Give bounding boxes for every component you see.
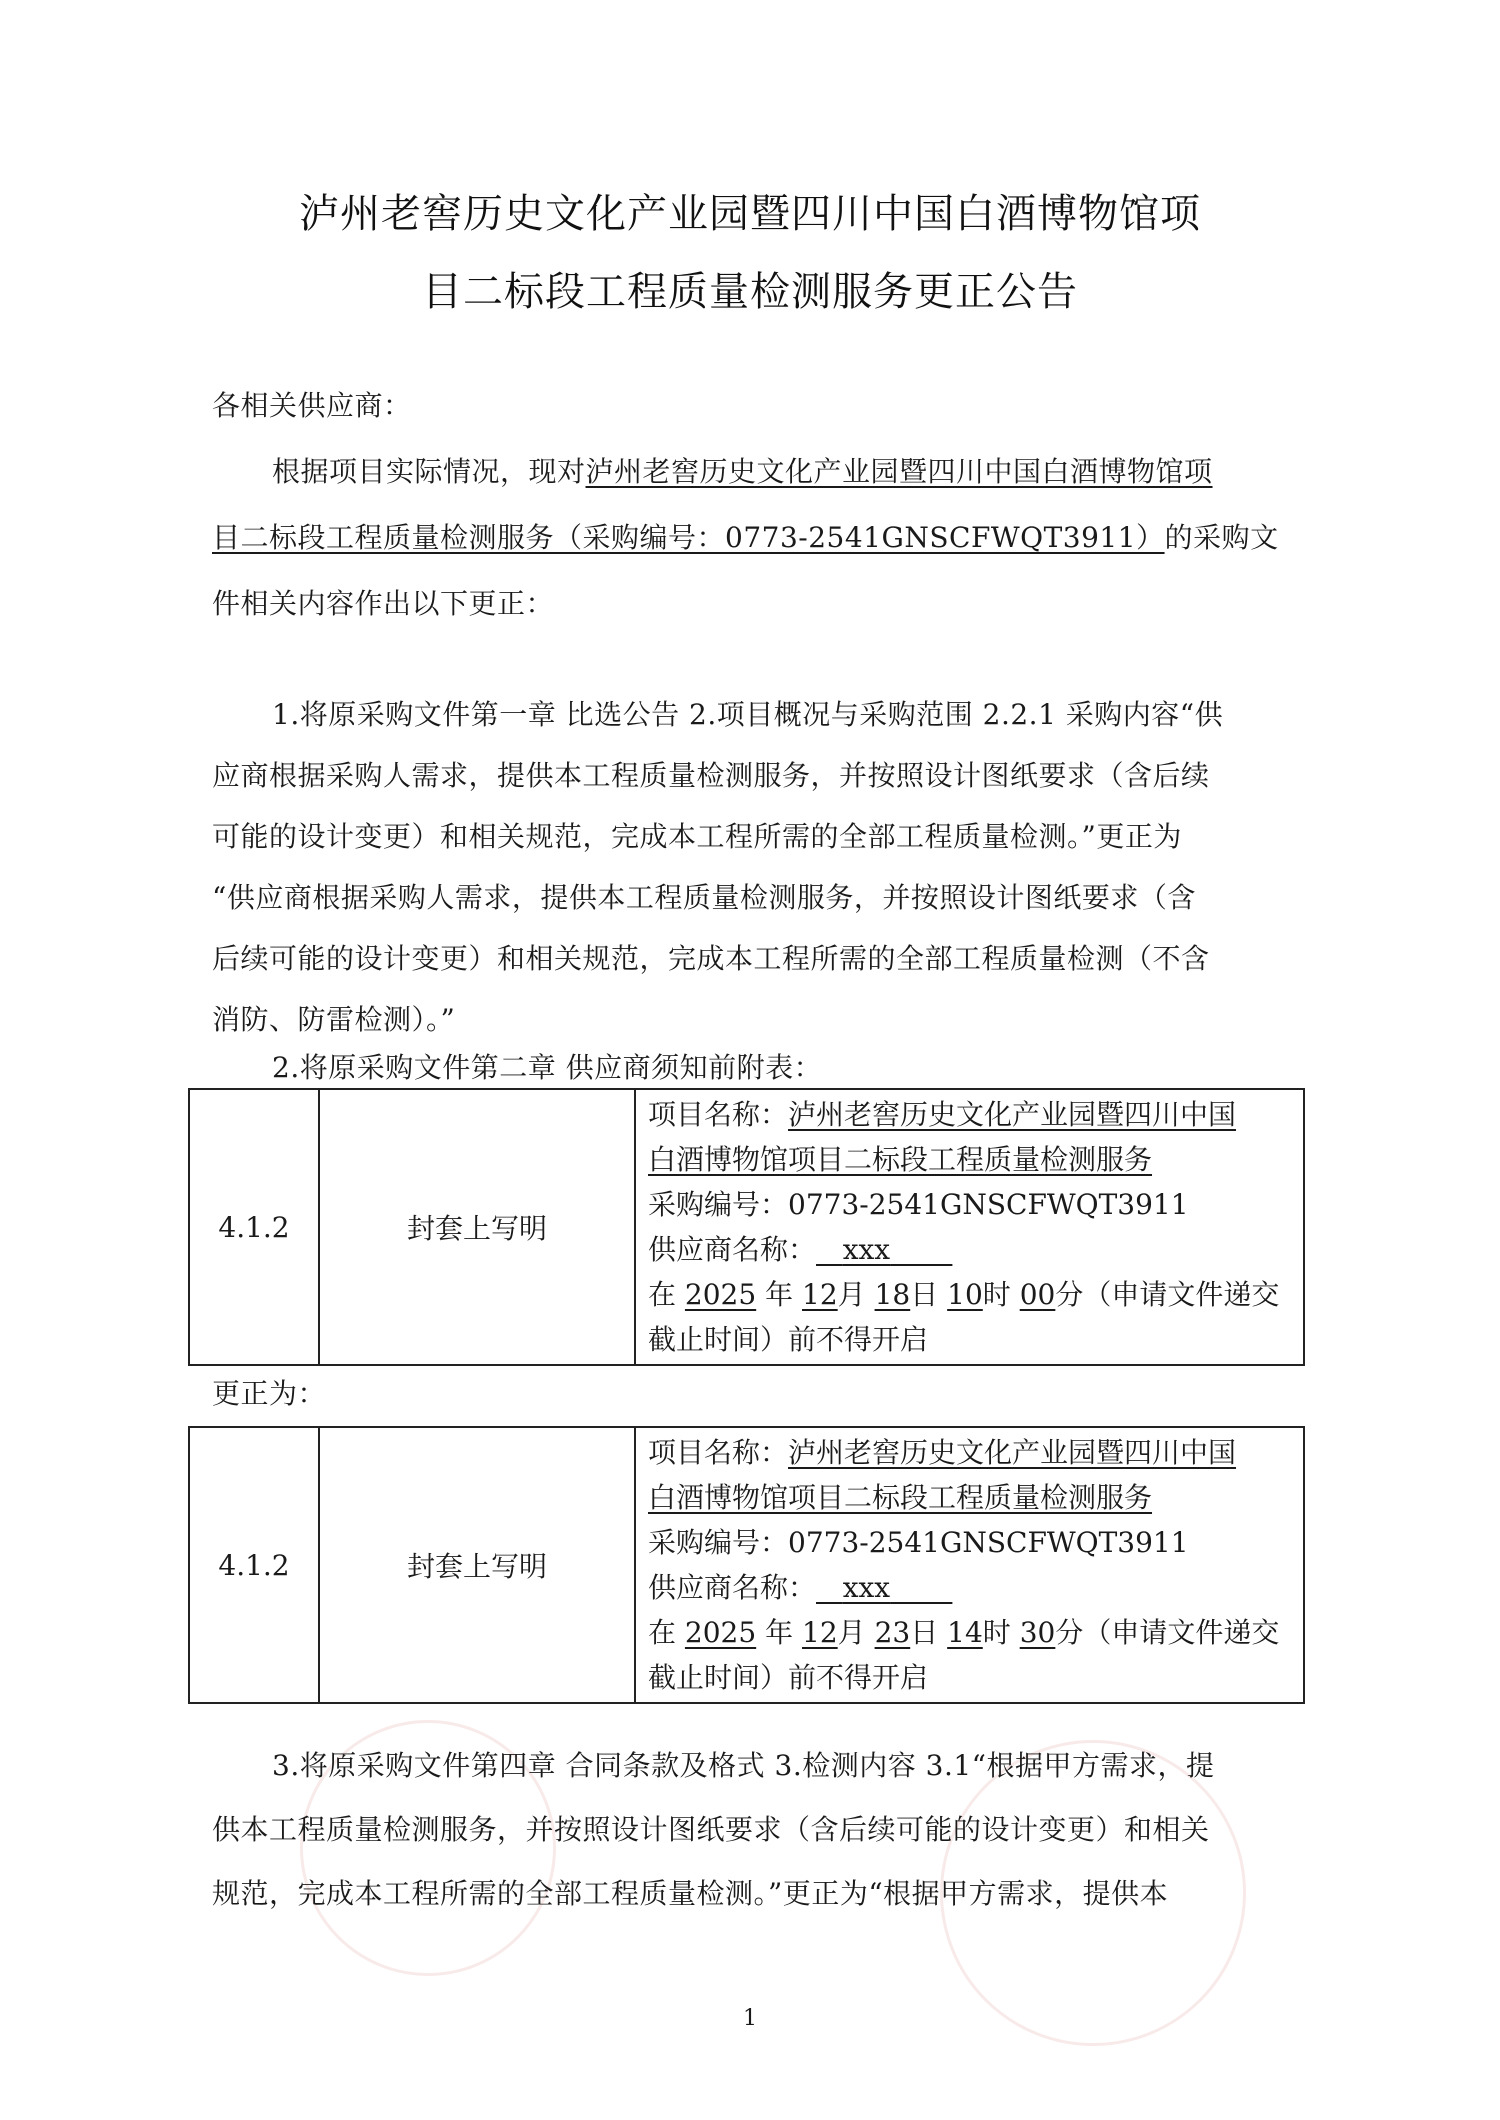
deadline-suffix: 截止时间）前不得开启 <box>648 1655 1295 1700</box>
procurement-code: 采购编号：0773-2541GNSCFWQT3911 <box>648 1182 1295 1227</box>
item1-line6: 消防、防雷检测）。” <box>212 1000 455 1040</box>
project-label: 项目名称： <box>648 1436 788 1469</box>
item1-line3: 可能的设计变更）和相关规范，完成本工程所需的全部工程质量检测。”更正为 <box>212 817 1182 857</box>
procurement-code: 采购编号：0773-2541GNSCFWQT3911 <box>648 1520 1295 1565</box>
intro-suffix: 的采购文 <box>1165 521 1279 554</box>
item1-line1: 1.将原采购文件第一章 比选公告 2.项目概况与采购范围 2.2.1 采购内容“… <box>272 695 1223 735</box>
item2-heading: 2.将原采购文件第二章 供应商须知前附表： <box>272 1048 822 1088</box>
clause-name: 封套上写明 <box>319 1427 635 1703</box>
corrected-table: 4.1.2 封套上写明 项目名称：泸州老窖历史文化产业园暨四川中国 白酒博物馆项… <box>188 1426 1305 1704</box>
intro-line3: 件相关内容作出以下更正： <box>212 584 554 624</box>
item1-line4: “供应商根据采购人需求，提供本工程质量检测服务，并按照设计图纸要求（含 <box>212 878 1196 918</box>
supplier-value: xxx <box>816 1571 952 1604</box>
project-name: 泸州老窖历史文化产业园暨四川中国 <box>788 1436 1236 1469</box>
intro-prefix: 根据项目实际情况，现对 <box>272 455 586 488</box>
table-row: 4.1.2 封套上写明 项目名称：泸州老窖历史文化产业园暨四川中国 白酒博物馆项… <box>189 1427 1304 1703</box>
document-title-line1: 泸州老窖历史文化产业园暨四川中国白酒博物馆项 <box>0 182 1500 239</box>
supplier-label: 供应商名称： <box>648 1233 816 1266</box>
salutation: 各相关供应商： <box>212 386 412 426</box>
clause-number: 4.1.2 <box>189 1089 319 1365</box>
deadline-line: 在 2025 年 12月 23日 14时 30分（申请文件递交 <box>648 1610 1295 1655</box>
clause-name: 封套上写明 <box>319 1089 635 1365</box>
intro-line2: 目二标段工程质量检测服务（采购编号：0773-2541GNSCFWQT3911）… <box>212 518 1279 558</box>
item3-line1: 3.将原采购文件第四章 合同条款及格式 3.检测内容 3.1“根据甲方需求，提 <box>272 1746 1214 1786</box>
project-code-underlined: 目二标段工程质量检测服务（采购编号：0773-2541GNSCFWQT3911） <box>212 521 1165 554</box>
item3-line3: 规范，完成本工程所需的全部工程质量检测。”更正为“根据甲方需求，提供本 <box>212 1874 1168 1914</box>
item1-line2: 应商根据采购人需求，提供本工程质量检测服务，并按照设计图纸要求（含后续 <box>212 756 1210 796</box>
original-table: 4.1.2 封套上写明 项目名称：泸州老窖历史文化产业园暨四川中国 白酒博物馆项… <box>188 1088 1305 1366</box>
project-name-cont: 白酒博物馆项目二标段工程质量检测服务 <box>648 1143 1152 1176</box>
supplier-value: xxx <box>816 1233 952 1266</box>
project-label: 项目名称： <box>648 1098 788 1131</box>
deadline-line: 在 2025 年 12月 18日 10时 00分（申请文件递交 <box>648 1272 1295 1317</box>
corrected-label: 更正为： <box>212 1374 326 1414</box>
project-name-underlined: 泸州老窖历史文化产业园暨四川中国白酒博物馆项 <box>586 455 1213 488</box>
clause-content: 项目名称：泸州老窖历史文化产业园暨四川中国 白酒博物馆项目二标段工程质量检测服务… <box>635 1427 1304 1703</box>
deadline-suffix: 截止时间）前不得开启 <box>648 1317 1295 1362</box>
project-name: 泸州老窖历史文化产业园暨四川中国 <box>788 1098 1236 1131</box>
page-number: 1 <box>0 2006 1500 2031</box>
document-title-line2: 目二标段工程质量检测服务更正公告 <box>0 260 1500 317</box>
intro-line1: 根据项目实际情况，现对泸州老窖历史文化产业园暨四川中国白酒博物馆项 <box>272 452 1213 492</box>
clause-number: 4.1.2 <box>189 1427 319 1703</box>
item3-line2: 供本工程质量检测服务，并按照设计图纸要求（含后续可能的设计变更）和相关 <box>212 1810 1210 1850</box>
project-name-cont: 白酒博物馆项目二标段工程质量检测服务 <box>648 1481 1152 1514</box>
item1-line5: 后续可能的设计变更）和相关规范，完成本工程所需的全部工程质量检测（不含 <box>212 939 1210 979</box>
table-row: 4.1.2 封套上写明 项目名称：泸州老窖历史文化产业园暨四川中国 白酒博物馆项… <box>189 1089 1304 1365</box>
supplier-label: 供应商名称： <box>648 1571 816 1604</box>
clause-content: 项目名称：泸州老窖历史文化产业园暨四川中国 白酒博物馆项目二标段工程质量检测服务… <box>635 1089 1304 1365</box>
